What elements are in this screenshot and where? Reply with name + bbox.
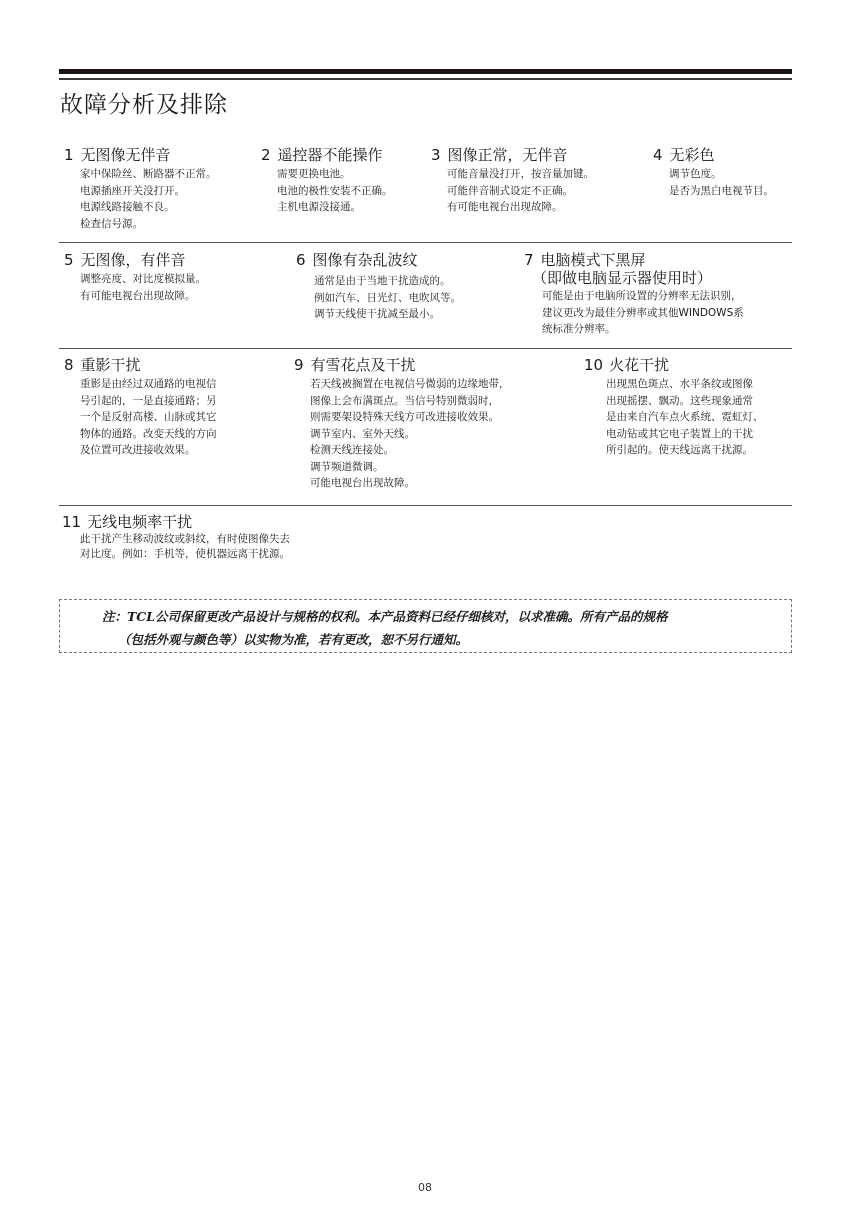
item-title: 有雪花点及干扰 [311, 356, 416, 374]
item-line: 图像上会布满斑点。当信号特别微弱时， [310, 393, 510, 410]
item-title: 火花干扰 [609, 356, 669, 374]
item-heading: 7电脑模式下黑屏 [524, 251, 744, 269]
item-heading: 11无线电频率干扰 [62, 513, 290, 531]
item-line: 调节色度。 [669, 166, 774, 183]
item-heading: 6图像有杂乱波纹 [296, 251, 461, 269]
item-heading: 4无彩色 [653, 146, 774, 164]
disclaimer-note-box: 注：TCL公司保留更改产品设计与规格的权利。本产品资料已经仔细核对，以求准确。所… [59, 599, 792, 653]
item-title: 图像正常，无伴音 [448, 146, 568, 164]
trouble-item-3: 3图像正常，无伴音 可能音量没打开，按音量加键。 可能伴音制式设定不正确。 有可… [431, 146, 594, 216]
item-number: 7 [524, 251, 534, 269]
row-divider [59, 505, 792, 506]
item-line: 检测天线连接处。 [310, 442, 510, 459]
item-heading: 8重影干扰 [64, 356, 217, 374]
item-subtitle: （即做电脑显示器使用时） [524, 269, 744, 287]
item-title: 图像有杂乱波纹 [313, 251, 418, 269]
item-heading: 3图像正常，无伴音 [431, 146, 594, 164]
item-line: 可能音量没打开，按音量加键。 [447, 166, 594, 183]
item-line: 调节频道微调。 [310, 459, 510, 476]
item-line: 电源线路接触不良。 [80, 199, 217, 216]
item-line: 需要更换电池。 [277, 166, 393, 183]
item-heading: 9有雪花点及干扰 [294, 356, 510, 374]
item-line: 调整亮度、对比度模拟量。 [80, 271, 206, 288]
item-number: 3 [431, 146, 441, 164]
item-heading: 1无图像无伴音 [64, 146, 217, 164]
item-line: 有可能电视台出现故障。 [447, 199, 594, 216]
item-line: 则需要架设特殊天线方可改进接收效果。 [310, 409, 510, 426]
row-divider [59, 348, 792, 349]
item-line: 有可能电视台出现故障。 [80, 288, 206, 305]
item-number: 4 [653, 146, 663, 164]
item-line: 家中保险丝、断路器不正常。 [80, 166, 217, 183]
item-number: 6 [296, 251, 306, 269]
item-line: 是否为黑白电视节目。 [669, 183, 774, 200]
item-line: 例如汽车、日光灯、电吹风等。 [314, 290, 461, 307]
header-rule-thick [59, 69, 792, 74]
trouble-item-11: 11无线电频率干扰 此干扰产生移动波纹或斜纹，有时使图像失去 对比度。例如：手机… [62, 513, 290, 562]
item-title: 无图像无伴音 [81, 146, 171, 164]
trouble-item-4: 4无彩色 调节色度。 是否为黑白电视节目。 [653, 146, 774, 199]
note-line-2: （包括外观与颜色等）以实物为准，若有更改，恕不另行通知。 [118, 630, 468, 648]
page-title: 故障分析及排除 [60, 86, 228, 119]
item-line: 统标准分辨率。 [542, 321, 744, 338]
item-line: 对比度。例如：手机等，使机器远离干扰源。 [80, 547, 290, 562]
item-line: 物体的通路。改变天线的方向 [80, 426, 217, 443]
trouble-item-8: 8重影干扰 重影是由经过双通路的电视信 号引起的，一是直接通路；另 一个是反射高… [64, 356, 217, 459]
page-number: 08 [418, 1181, 432, 1194]
item-line: 号引起的，一是直接通路；另 [80, 393, 217, 410]
trouble-item-5: 5无图像，有伴音 调整亮度、对比度模拟量。 有可能电视台出现故障。 [64, 251, 206, 304]
item-line: 一个是反射高楼、山脉或其它 [80, 409, 217, 426]
header-rule-thin [59, 78, 792, 80]
trouble-item-2: 2遥控器不能操作 需要更换电池。 电池的极性安装不正确。 主机电源没接通。 [261, 146, 393, 216]
item-line: 出现摇摆、飘动。这些现象通常 [606, 393, 764, 410]
item-line: 调节天线使干扰减至最小。 [314, 306, 461, 323]
item-line: 所引起的。使天线远离干扰源。 [606, 442, 764, 459]
item-line: 电源插座开关没打开。 [80, 183, 217, 200]
item-number: 5 [64, 251, 74, 269]
item-title: 电脑模式下黑屏 [541, 251, 646, 269]
item-line: 调节室内、室外天线。 [310, 426, 510, 443]
item-number: 10 [584, 356, 603, 374]
item-heading: 5无图像，有伴音 [64, 251, 206, 269]
item-heading: 2遥控器不能操作 [261, 146, 393, 164]
item-title: 无线电频率干扰 [87, 513, 192, 531]
trouble-item-1: 1无图像无伴音 家中保险丝、断路器不正常。 电源插座开关没打开。 电源线路接触不… [64, 146, 217, 232]
item-number: 11 [62, 513, 81, 531]
item-heading: 10火花干扰 [584, 356, 764, 374]
item-line: 出现黑色斑点、水平条纹或图像 [606, 376, 764, 393]
item-title: 无彩色 [670, 146, 715, 164]
item-line: 若天线被搁置在电视信号微弱的边缘地带， [310, 376, 510, 393]
item-line: 建议更改为最佳分辨率或其他WINDOWS系 [542, 305, 744, 322]
note-line-1: 注：TCL公司保留更改产品设计与规格的权利。本产品资料已经仔细核对，以求准确。所… [102, 607, 668, 625]
item-line: 电池的极性安装不正确。 [277, 183, 393, 200]
item-line: 此干扰产生移动波纹或斜纹，有时使图像失去 [80, 532, 290, 547]
trouble-item-10: 10火花干扰 出现黑色斑点、水平条纹或图像 出现摇摆、飘动。这些现象通常 是由来… [584, 356, 764, 459]
item-line: 检查信号源。 [80, 216, 217, 233]
item-line: 可能伴音制式设定不正确。 [447, 183, 594, 200]
item-line: 及位置可改进接收效果。 [80, 442, 217, 459]
item-number: 8 [64, 356, 74, 374]
item-line: 重影是由经过双通路的电视信 [80, 376, 217, 393]
item-line: 通常是由于当地干扰造成的。 [314, 273, 461, 290]
item-line: 主机电源没接通。 [277, 199, 393, 216]
item-line: 可能电视台出现故障。 [310, 475, 510, 492]
item-title: 遥控器不能操作 [278, 146, 383, 164]
trouble-item-6: 6图像有杂乱波纹 通常是由于当地干扰造成的。 例如汽车、日光灯、电吹风等。 调节… [296, 251, 461, 323]
item-line: 是由来自汽车点火系统、霓虹灯、 [606, 409, 764, 426]
trouble-item-7: 7电脑模式下黑屏 （即做电脑显示器使用时） 可能是由于电脑所设置的分辨率无法识别… [524, 251, 744, 338]
item-line: 电动钻或其它电子装置上的干扰 [606, 426, 764, 443]
item-number: 1 [64, 146, 74, 164]
item-number: 2 [261, 146, 271, 164]
trouble-item-9: 9有雪花点及干扰 若天线被搁置在电视信号微弱的边缘地带， 图像上会布满斑点。当信… [294, 356, 510, 492]
item-line: 可能是由于电脑所设置的分辨率无法识别， [542, 288, 744, 305]
item-title: 无图像，有伴音 [81, 251, 186, 269]
item-number: 9 [294, 356, 304, 374]
row-divider [59, 242, 792, 243]
item-title: 重影干扰 [81, 356, 141, 374]
